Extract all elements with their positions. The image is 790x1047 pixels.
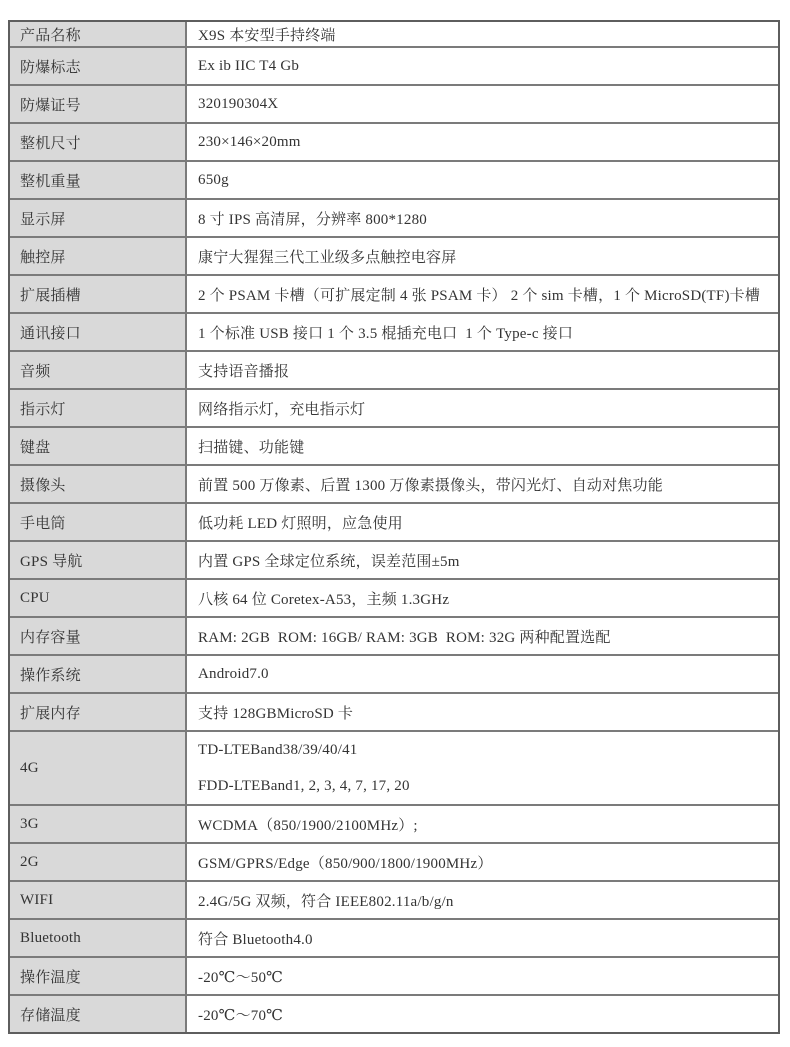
spec-label-cell: 操作系统 bbox=[10, 656, 187, 692]
spec-row: 扩展插槽 2 个 PSAM 卡槽（可扩展定制 4 张 PSAM 卡） 2 个 s… bbox=[10, 276, 778, 314]
spec-label: GPS 导航 bbox=[20, 542, 185, 578]
spec-row: 3G WCDMA（850/1900/2100MHz）; bbox=[10, 806, 778, 844]
spec-label-cell: 产品名称 bbox=[10, 22, 187, 46]
spec-label-cell: 显示屏 bbox=[10, 200, 187, 236]
spec-value-cell: RAM: 2GB ROM: 16GB/ RAM: 3GB ROM: 32G 两种… bbox=[187, 618, 778, 654]
spec-row: 音频 支持语音播报 bbox=[10, 352, 778, 390]
spec-label-cell: 通讯接口 bbox=[10, 314, 187, 350]
spec-value-cell: -20℃～50℃ bbox=[187, 958, 778, 994]
spec-value: 网络指示灯，充电指示灯 bbox=[198, 390, 778, 426]
spec-label-cell: 键盘 bbox=[10, 428, 187, 464]
spec-value: WCDMA（850/1900/2100MHz）; bbox=[198, 806, 778, 842]
spec-value: RAM: 2GB ROM: 16GB/ RAM: 3GB ROM: 32G 两种… bbox=[198, 618, 778, 654]
spec-label-cell: 整机尺寸 bbox=[10, 124, 187, 160]
spec-label: 显示屏 bbox=[20, 200, 185, 236]
spec-row: 整机尺寸 230×146×20mm bbox=[10, 124, 778, 162]
spec-row: 整机重量 650g bbox=[10, 162, 778, 200]
spec-label-cell: 内存容量 bbox=[10, 618, 187, 654]
spec-label: 操作温度 bbox=[20, 958, 185, 994]
spec-value-cell: WCDMA（850/1900/2100MHz）; bbox=[187, 806, 778, 842]
spec-label: 键盘 bbox=[20, 428, 185, 464]
spec-label: WIFI bbox=[20, 882, 185, 918]
spec-value-cell: 扫描键、功能键 bbox=[187, 428, 778, 464]
spec-value: 1 个标准 USB 接口 1 个 3.5 棍插充电口 1 个 Type-c 接口 bbox=[198, 314, 778, 350]
spec-label-cell: 扩展内存 bbox=[10, 694, 187, 730]
spec-value-cell: 1 个标准 USB 接口 1 个 3.5 棍插充电口 1 个 Type-c 接口 bbox=[187, 314, 778, 350]
spec-value: 2.4G/5G 双频，符合 IEEE802.11a/b/g/n bbox=[198, 882, 778, 918]
spec-label: 防爆标志 bbox=[20, 48, 185, 84]
spec-label-cell: WIFI bbox=[10, 882, 187, 918]
spec-label: 扩展插槽 bbox=[20, 276, 185, 312]
spec-label: 通讯接口 bbox=[20, 314, 185, 350]
spec-value-cell: 650g bbox=[187, 162, 778, 198]
spec-label: 整机尺寸 bbox=[20, 124, 185, 160]
spec-value: 八核 64 位 Coretex-A53，主频 1.3GHz bbox=[198, 580, 778, 616]
spec-label-cell: 4G bbox=[10, 732, 187, 804]
spec-value-cell: 内置 GPS 全球定位系统，误差范围±5m bbox=[187, 542, 778, 578]
spec-value: Ex ib IIC T4 Gb bbox=[198, 48, 778, 84]
spec-label: 音频 bbox=[20, 352, 185, 388]
spec-row: 摄像头 前置 500 万像素、后置 1300 万像素摄像头，带闪光灯、自动对焦功… bbox=[10, 466, 778, 504]
spec-value-cell: 2 个 PSAM 卡槽（可扩展定制 4 张 PSAM 卡） 2 个 sim 卡槽… bbox=[187, 276, 778, 312]
spec-value: 支持 128GBMicroSD 卡 bbox=[198, 694, 778, 730]
spec-row: 2G GSM/GPRS/Edge（850/900/1800/1900MHz） bbox=[10, 844, 778, 882]
spec-row: 显示屏 8 寸 IPS 高清屏，分辨率 800*1280 bbox=[10, 200, 778, 238]
spec-value: 康宁大猩猩三代工业级多点触控电容屏 bbox=[198, 238, 778, 274]
spec-value: TD-LTEBand38/39/40/41 bbox=[198, 732, 778, 768]
spec-value: 320190304X bbox=[198, 86, 778, 122]
spec-row: 键盘 扫描键、功能键 bbox=[10, 428, 778, 466]
spec-label: 操作系统 bbox=[20, 656, 185, 692]
spec-row: CPU 八核 64 位 Coretex-A53，主频 1.3GHz bbox=[10, 580, 778, 618]
spec-value: 8 寸 IPS 高清屏，分辨率 800*1280 bbox=[198, 200, 778, 236]
spec-label-cell: 2G bbox=[10, 844, 187, 880]
spec-value-cell: 320190304X bbox=[187, 86, 778, 122]
spec-value: GSM/GPRS/Edge（850/900/1800/1900MHz） bbox=[198, 844, 778, 880]
spec-value-cell: 符合 Bluetooth4.0 bbox=[187, 920, 778, 956]
spec-value-cell: Ex ib IIC T4 Gb bbox=[187, 48, 778, 84]
spec-value: -20℃～70℃ bbox=[198, 996, 778, 1032]
spec-value-cell: 八核 64 位 Coretex-A53，主频 1.3GHz bbox=[187, 580, 778, 616]
spec-value-cell: 网络指示灯，充电指示灯 bbox=[187, 390, 778, 426]
spec-label-cell: 触控屏 bbox=[10, 238, 187, 274]
spec-label-cell: Bluetooth bbox=[10, 920, 187, 956]
spec-label-cell: 扩展插槽 bbox=[10, 276, 187, 312]
spec-row: 通讯接口 1 个标准 USB 接口 1 个 3.5 棍插充电口 1 个 Type… bbox=[10, 314, 778, 352]
spec-row: 存储温度 -20℃～70℃ bbox=[10, 996, 778, 1032]
spec-value: 650g bbox=[198, 162, 778, 198]
spec-label: 手电筒 bbox=[20, 504, 185, 540]
spec-value: 符合 Bluetooth4.0 bbox=[198, 920, 778, 956]
spec-label: 整机重量 bbox=[20, 162, 185, 198]
spec-value-cell: Android7.0 bbox=[187, 656, 778, 692]
spec-label-cell: CPU bbox=[10, 580, 187, 616]
spec-label-cell: 摄像头 bbox=[10, 466, 187, 502]
spec-row: 4G TD-LTEBand38/39/40/41FDD-LTEBand1, 2,… bbox=[10, 732, 778, 806]
spec-row: 操作温度 -20℃～50℃ bbox=[10, 958, 778, 996]
spec-label-cell: 防爆证号 bbox=[10, 86, 187, 122]
spec-value-cell: 低功耗 LED 灯照明，应急使用 bbox=[187, 504, 778, 540]
spec-label-cell: 手电筒 bbox=[10, 504, 187, 540]
spec-row: 防爆标志 Ex ib IIC T4 Gb bbox=[10, 48, 778, 86]
spec-label: 触控屏 bbox=[20, 238, 185, 274]
spec-row: WIFI 2.4G/5G 双频，符合 IEEE802.11a/b/g/n bbox=[10, 882, 778, 920]
spec-value-cell: X9S 本安型手持终端 bbox=[187, 22, 778, 46]
spec-label-cell: 音频 bbox=[10, 352, 187, 388]
spec-value-cell: 前置 500 万像素、后置 1300 万像素摄像头，带闪光灯、自动对焦功能 bbox=[187, 466, 778, 502]
spec-value: Android7.0 bbox=[198, 656, 778, 692]
spec-row: 产品名称 X9S 本安型手持终端 bbox=[10, 22, 778, 48]
spec-value: -20℃～50℃ bbox=[198, 958, 778, 994]
spec-value-cell: 2.4G/5G 双频，符合 IEEE802.11a/b/g/n bbox=[187, 882, 778, 918]
spec-label: 内存容量 bbox=[20, 618, 185, 654]
spec-value-cell: 230×146×20mm bbox=[187, 124, 778, 160]
spec-label-cell: 存储温度 bbox=[10, 996, 187, 1032]
spec-label-cell: GPS 导航 bbox=[10, 542, 187, 578]
spec-label: 产品名称 bbox=[20, 22, 185, 46]
spec-row: Bluetooth 符合 Bluetooth4.0 bbox=[10, 920, 778, 958]
spec-value: 内置 GPS 全球定位系统，误差范围±5m bbox=[198, 542, 778, 578]
spec-row: 内存容量 RAM: 2GB ROM: 16GB/ RAM: 3GB ROM: 3… bbox=[10, 618, 778, 656]
spec-label-cell: 整机重量 bbox=[10, 162, 187, 198]
spec-value-cell: 康宁大猩猩三代工业级多点触控电容屏 bbox=[187, 238, 778, 274]
spec-label-cell: 指示灯 bbox=[10, 390, 187, 426]
spec-label: Bluetooth bbox=[20, 920, 185, 956]
spec-value-cell: GSM/GPRS/Edge（850/900/1800/1900MHz） bbox=[187, 844, 778, 880]
spec-label: 存储温度 bbox=[20, 996, 185, 1032]
spec-label: 2G bbox=[20, 844, 185, 880]
spec-label: 扩展内存 bbox=[20, 694, 185, 730]
spec-label: 指示灯 bbox=[20, 390, 185, 426]
spec-table: 产品名称 X9S 本安型手持终端 防爆标志 Ex ib IIC T4 Gb 防爆… bbox=[8, 20, 780, 1034]
spec-row: 指示灯 网络指示灯，充电指示灯 bbox=[10, 390, 778, 428]
spec-label: 4G bbox=[20, 750, 185, 786]
spec-label-cell: 操作温度 bbox=[10, 958, 187, 994]
spec-value: 扫描键、功能键 bbox=[198, 428, 778, 464]
spec-value-cell: 支持语音播报 bbox=[187, 352, 778, 388]
spec-row: 扩展内存 支持 128GBMicroSD 卡 bbox=[10, 694, 778, 732]
spec-value-cell: -20℃～70℃ bbox=[187, 996, 778, 1032]
spec-value-cell: 支持 128GBMicroSD 卡 bbox=[187, 694, 778, 730]
spec-value: 230×146×20mm bbox=[198, 124, 778, 160]
spec-value: 2 个 PSAM 卡槽（可扩展定制 4 张 PSAM 卡） 2 个 sim 卡槽… bbox=[198, 276, 778, 312]
spec-label: CPU bbox=[20, 580, 185, 616]
spec-label-cell: 3G bbox=[10, 806, 187, 842]
spec-value: FDD-LTEBand1, 2, 3, 4, 7, 17, 20 bbox=[198, 768, 778, 804]
spec-row: 触控屏 康宁大猩猩三代工业级多点触控电容屏 bbox=[10, 238, 778, 276]
spec-value-cell: 8 寸 IPS 高清屏，分辨率 800*1280 bbox=[187, 200, 778, 236]
spec-value: 前置 500 万像素、后置 1300 万像素摄像头，带闪光灯、自动对焦功能 bbox=[198, 466, 778, 502]
spec-row: 操作系统 Android7.0 bbox=[10, 656, 778, 694]
spec-label-cell: 防爆标志 bbox=[10, 48, 187, 84]
spec-value: 低功耗 LED 灯照明，应急使用 bbox=[198, 504, 778, 540]
spec-label: 3G bbox=[20, 806, 185, 842]
spec-row: GPS 导航 内置 GPS 全球定位系统，误差范围±5m bbox=[10, 542, 778, 580]
spec-label: 摄像头 bbox=[20, 466, 185, 502]
spec-value-cell: TD-LTEBand38/39/40/41FDD-LTEBand1, 2, 3,… bbox=[187, 732, 778, 804]
spec-row: 防爆证号 320190304X bbox=[10, 86, 778, 124]
spec-label: 防爆证号 bbox=[20, 86, 185, 122]
spec-value: X9S 本安型手持终端 bbox=[198, 22, 778, 46]
spec-row: 手电筒 低功耗 LED 灯照明，应急使用 bbox=[10, 504, 778, 542]
spec-value: 支持语音播报 bbox=[198, 352, 778, 388]
